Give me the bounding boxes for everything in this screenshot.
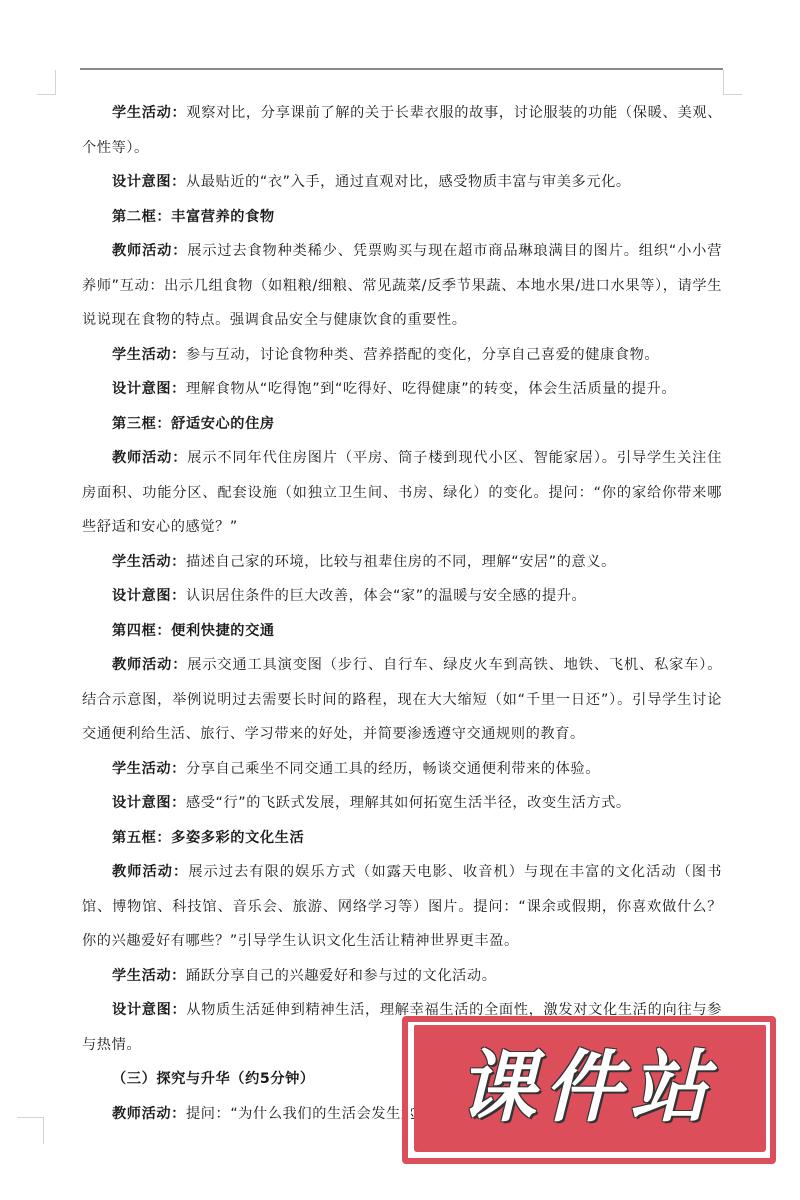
label: 设计意图： <box>112 795 186 811</box>
page-corner-mark-top-right <box>723 70 742 95</box>
text: 认识居住条件的巨大改善，体会“家”的温暖与安全感的提升。 <box>186 588 586 604</box>
paragraph-student-activity-housing: 学生活动：描述自己家的环境，比较与祖辈住房的不同，理解“安居”的意义。 <box>82 545 722 580</box>
watermark-text: 课件站 <box>422 1038 752 1138</box>
section-heading-food: 第二框：丰富营养的食物 <box>82 200 722 235</box>
page-header-rule <box>80 68 723 70</box>
paragraph-design-intent-transport: 设计意图：感受“行”的飞跃式发展，理解其如何拓宽生活半径，改变生活方式。 <box>82 786 722 821</box>
label: 教师活动： <box>112 657 187 673</box>
label: 教师活动： <box>112 243 187 259</box>
watermark-stamp: 课件站 <box>402 1016 780 1168</box>
paragraph-student-activity-clothing: 学生活动：观察对比，分享课前了解的关于长辈衣服的故事，讨论服装的功能（保暖、美观… <box>82 96 722 165</box>
text: 从最贴近的“衣”入手，通过直观对比，感受物质丰富与审美多元化。 <box>186 174 631 190</box>
label: 设计意图： <box>112 588 186 604</box>
label: 设计意图： <box>112 1002 186 1018</box>
label: 教师活动： <box>112 864 188 880</box>
paragraph-student-activity-food: 学生活动：参与互动，讨论食物种类、营养搭配的变化，分享自己喜爱的健康食物。 <box>82 338 722 373</box>
paragraph-design-intent-food: 设计意图：理解食物从“吃得饱”到“吃得好、吃得健康”的转变，体会生活质量的提升。 <box>82 372 722 407</box>
label: 设计意图： <box>112 381 186 397</box>
paragraph-design-intent-housing: 设计意图：认识居住条件的巨大改善，体会“家”的温暖与安全感的提升。 <box>82 579 722 614</box>
paragraph-student-activity-transport: 学生活动：分享自己乘坐不同交通工具的经历，畅谈交通便利带来的体验。 <box>82 752 722 787</box>
label: 学生活动： <box>112 347 186 363</box>
label: 教师活动： <box>112 1106 186 1122</box>
text: 参与互动，讨论食物种类、营养搭配的变化，分享自己喜爱的健康食物。 <box>186 347 659 363</box>
section-heading-culture: 第五框：多姿多彩的文化生活 <box>82 821 722 856</box>
label: 学生活动： <box>112 761 186 777</box>
label: 设计意图： <box>112 174 186 190</box>
paragraph-student-activity-culture: 学生活动：踊跃分享自己的兴趣爱好和参与过的文化活动。 <box>82 959 722 994</box>
text: 理解食物从“吃得饱”到“吃得好、吃得健康”的转变，体会生活质量的提升。 <box>186 381 676 397</box>
text: 描述自己家的环境，比较与祖辈住房的不同，理解“安居”的意义。 <box>186 554 616 570</box>
label: 学生活动： <box>112 554 186 570</box>
section-heading-housing: 第三框：舒适安心的住房 <box>82 407 722 442</box>
paragraph-teacher-activity-culture: 教师活动：展示过去有限的娱乐方式（如露天电影、收音机）与现在丰富的文化活动（图书… <box>82 855 722 959</box>
section-heading-transport: 第四框：便利快捷的交通 <box>82 614 722 649</box>
paragraph-teacher-activity-housing: 教师活动：展示不同年代住房图片（平房、筒子楼到现代小区、智能家居）。引导学生关注… <box>82 441 722 545</box>
document-body: 学生活动：观察对比，分享课前了解的关于长辈衣服的故事，讨论服装的功能（保暖、美观… <box>82 96 722 1131</box>
paragraph-design-intent-clothing: 设计意图：从最贴近的“衣”入手，通过直观对比，感受物质丰富与审美多元化。 <box>82 165 722 200</box>
page-corner-mark-top-left <box>37 70 56 95</box>
text: 踊跃分享自己的兴趣爱好和参与过的文化活动。 <box>186 968 497 984</box>
label: 学生活动： <box>112 105 186 121</box>
paragraph-teacher-activity-transport: 教师活动：展示交通工具演变图（步行、自行车、绿皮火车到高铁、地铁、飞机、私家车）… <box>82 648 722 752</box>
text: 分享自己乘坐不同交通工具的经历，畅谈交通便利带来的体验。 <box>186 761 600 777</box>
paragraph-teacher-activity-food: 教师活动：展示过去食物种类稀少、凭票购买与现在超市商品琳琅满目的图片。组织“小小… <box>82 234 722 338</box>
label: 教师活动： <box>112 450 187 466</box>
page-corner-mark-bottom-left <box>17 1117 44 1144</box>
text: 感受“行”的飞跃式发展，理解其如何拓宽生活半径，改变生活方式。 <box>186 795 631 811</box>
label: 学生活动： <box>112 968 186 984</box>
